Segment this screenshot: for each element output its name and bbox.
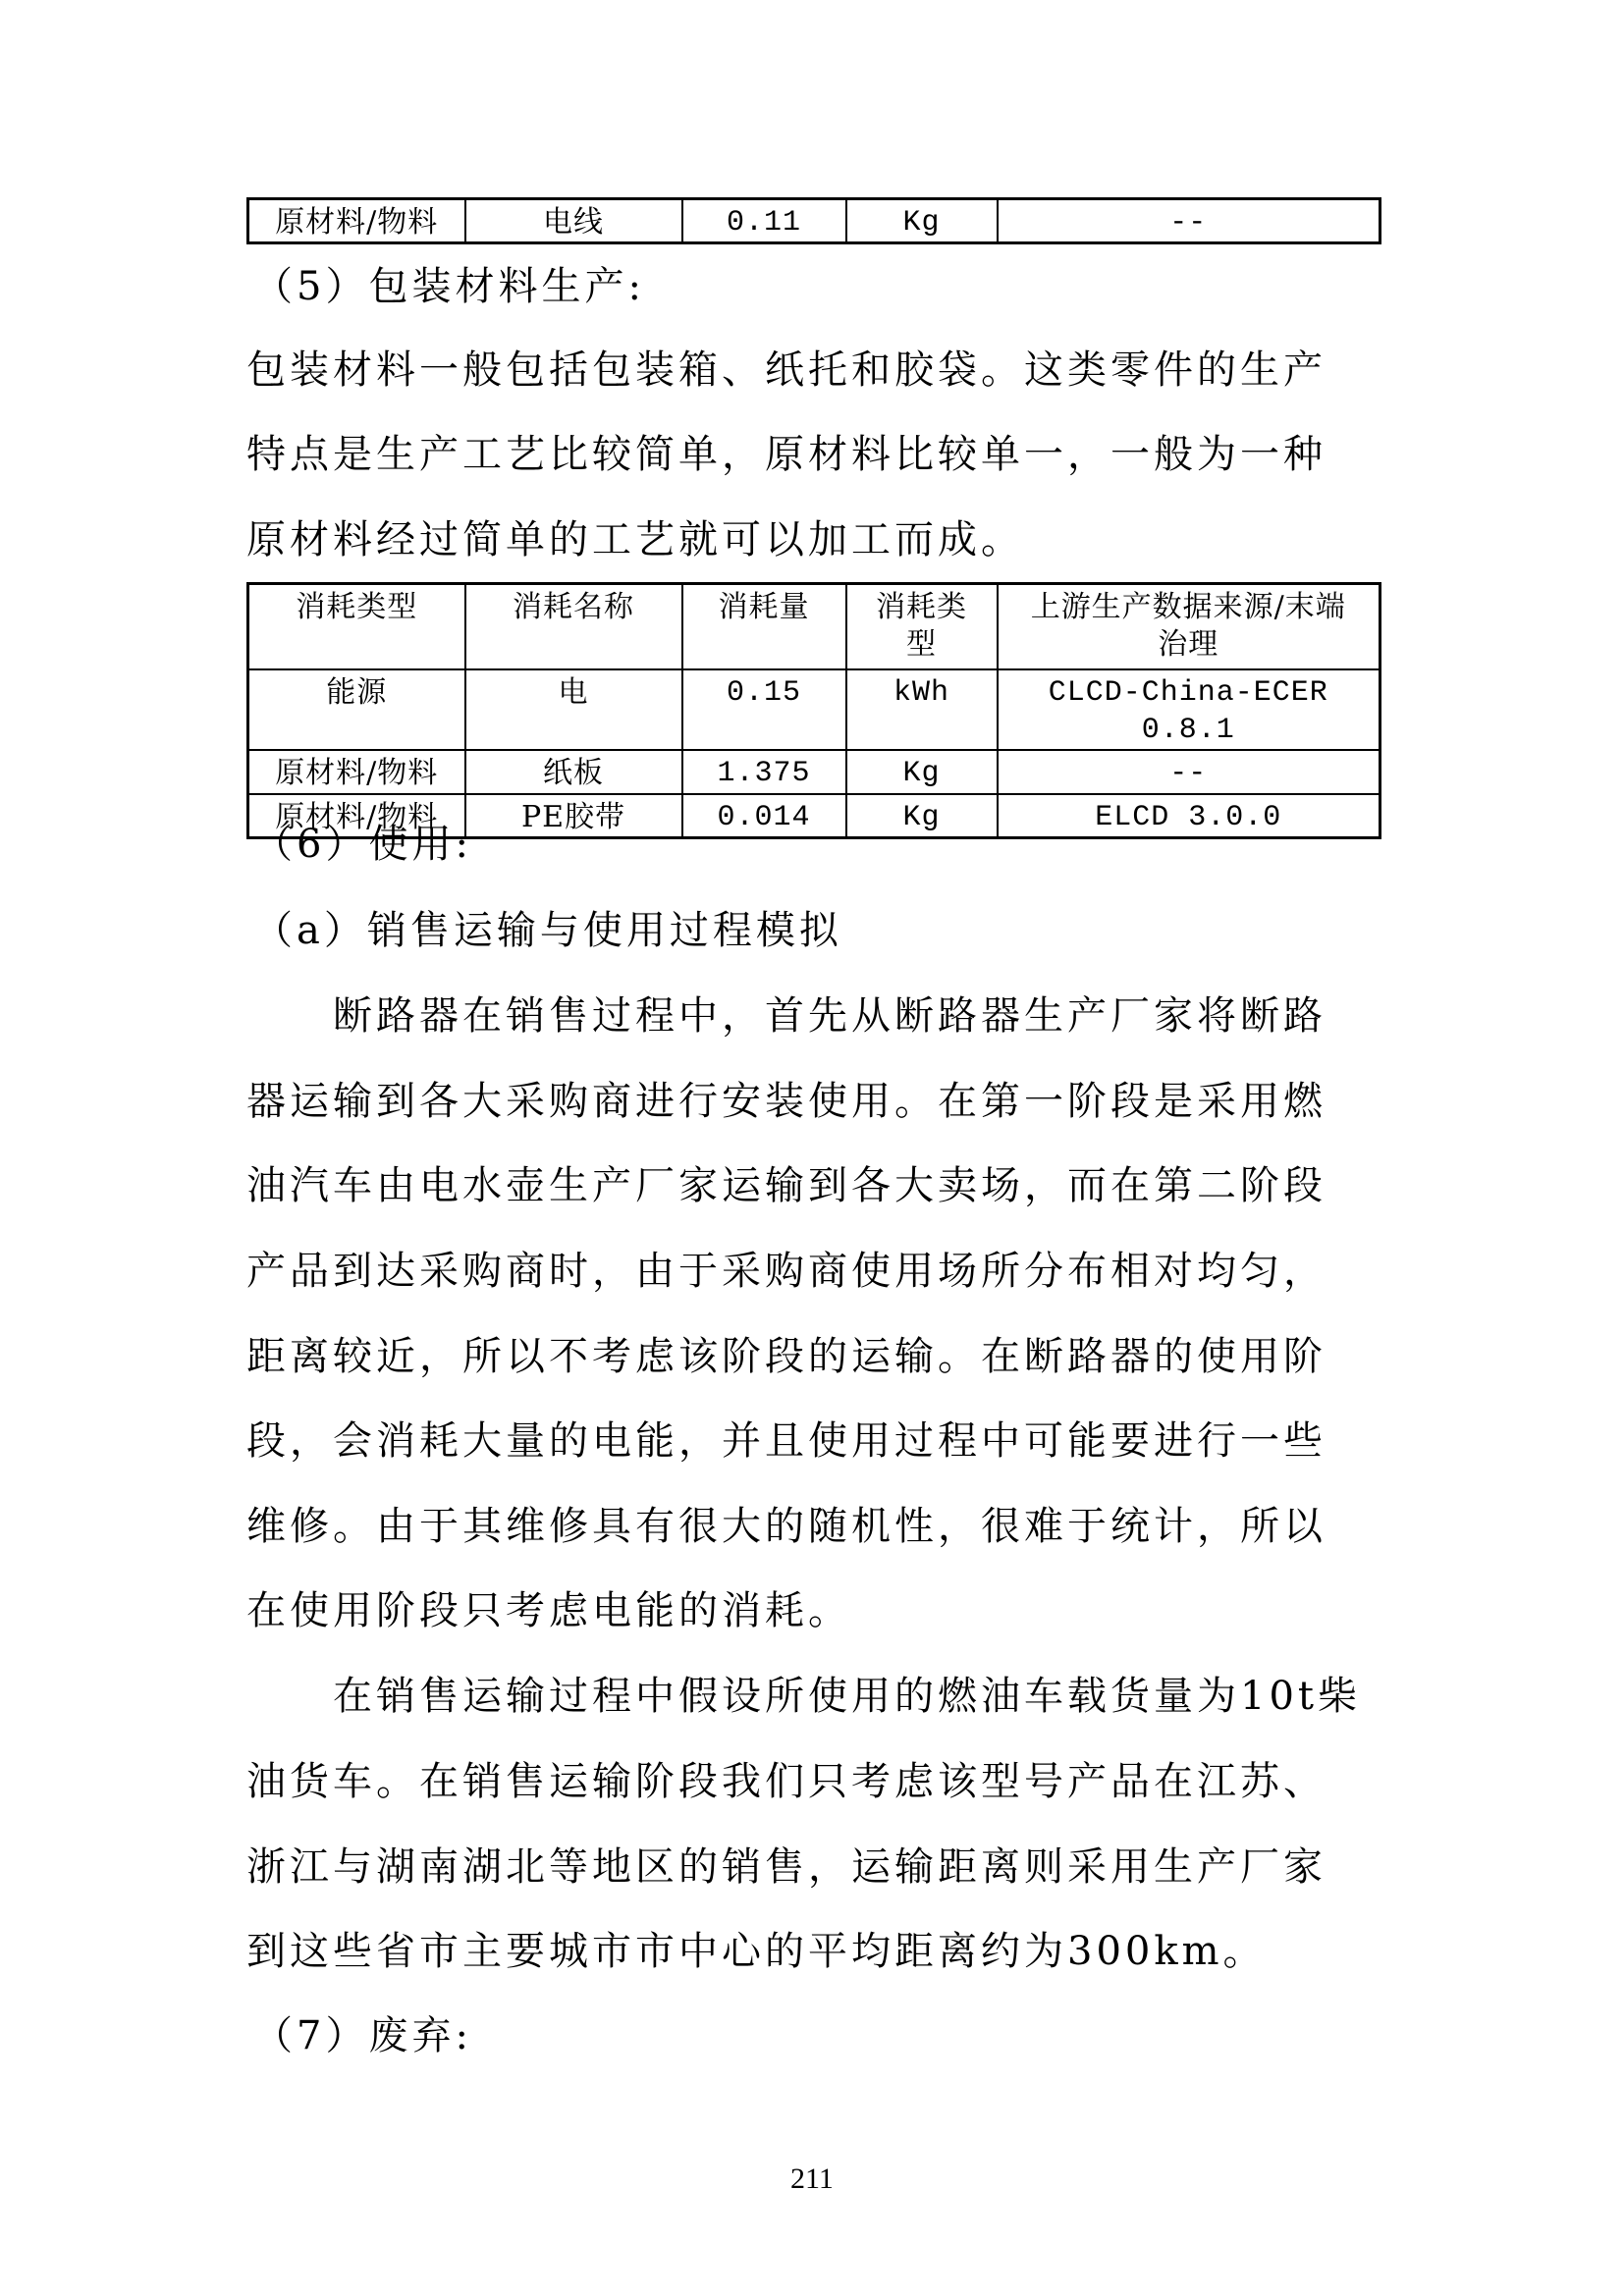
section-heading-6: （6）使用: (253, 821, 472, 868)
table-cell: kWh (846, 669, 998, 750)
table-cell: 0.014 (682, 794, 846, 838)
paragraph-line: 油货车。在销售运输阶段我们只考虑该型号产品在江苏、 (246, 1758, 1326, 1805)
table-cell: Kg (846, 794, 998, 838)
subsection-heading-a: （a）销售运输与使用过程模拟 (253, 907, 842, 954)
table-cell: -- (998, 750, 1380, 794)
table-cell: 电线 (465, 199, 682, 243)
packaging-consumption-table: 消耗类型 消耗名称 消耗量 消耗类 型 上游生产数据来源/末端 治理 能源 电 … (246, 582, 1381, 839)
paragraph-line: 在使用阶段只考虑电能的消耗。 (246, 1587, 851, 1634)
table-row: 原材料/物料 纸板 1.375 Kg -- (248, 750, 1380, 794)
paragraph-line: 断路器在销售过程中，首先从断路器生产厂家将断路 (333, 992, 1326, 1040)
table-cell: 纸板 (465, 750, 682, 794)
table-cell: CLCD-China-ECER 0.8.1 (998, 669, 1380, 750)
paragraph-line: 原材料经过简单的工艺就可以加工而成。 (246, 516, 1024, 563)
section-heading-7: （7）废弃: (253, 2012, 472, 2059)
table-cell: PE胶带 (465, 794, 682, 838)
table-header-cell: 消耗类 型 (846, 584, 998, 669)
table-cell: 1.375 (682, 750, 846, 794)
table-header-cell: 消耗类型 (248, 584, 465, 669)
paragraph-line: 到这些省市主要城市市中心的平均距离约为300km。 (246, 1928, 1267, 1975)
table-cell: 0.11 (682, 199, 846, 243)
paragraph-line: 段，会消耗大量的电能，并且使用过程中可能要进行一些 (246, 1417, 1326, 1465)
page-number: 211 (0, 2163, 1624, 2196)
paragraph-line: 浙江与湖南湖北等地区的销售，运输距离则采用生产厂家 (246, 1843, 1326, 1891)
paragraph-line: 油汽车由电水壶生产厂家运输到各大卖场，而在第二阶段 (246, 1162, 1326, 1209)
section-heading-5: （5）包装材料生产: (253, 263, 645, 310)
table-header-cell: 消耗量 (682, 584, 846, 669)
table-cell: 能源 (248, 669, 465, 750)
table-cell: 原材料/物料 (248, 199, 465, 243)
continued-consumption-table: 原材料/物料 电线 0.11 Kg -- (246, 197, 1381, 244)
table-cell: ELCD 3.0.0 (998, 794, 1380, 838)
table-header-cell: 消耗名称 (465, 584, 682, 669)
table-row: 能源 电 0.15 kWh CLCD-China-ECER 0.8.1 (248, 669, 1380, 750)
paragraph-line: 维修。由于其维修具有很大的随机性，很难于统计，所以 (246, 1503, 1326, 1550)
paragraph-line: 在销售运输过程中假设所使用的燃油车载货量为10t柴 (333, 1673, 1361, 1720)
table-row: 原材料/物料 电线 0.11 Kg -- (248, 199, 1380, 243)
table-header-row: 消耗类型 消耗名称 消耗量 消耗类 型 上游生产数据来源/末端 治理 (248, 584, 1380, 669)
document-page: 原材料/物料 电线 0.11 Kg -- （5）包装材料生产: 包装材料一般包括… (0, 0, 1624, 2296)
table-cell: 0.15 (682, 669, 846, 750)
table-cell: 原材料/物料 (248, 750, 465, 794)
paragraph-line: 特点是生产工艺比较简单，原材料比较单一，一般为一种 (246, 431, 1326, 478)
table-header-cell: 上游生产数据来源/末端 治理 (998, 584, 1380, 669)
paragraph-line: 距离较近，所以不考虑该阶段的运输。在断路器的使用阶 (246, 1333, 1326, 1380)
paragraph-line: 产品到达采购商时，由于采购商使用场所分布相对均匀， (246, 1248, 1326, 1295)
table-cell: Kg (846, 750, 998, 794)
paragraph-line: 包装材料一般包括包装箱、纸托和胶袋。这类零件的生产 (246, 347, 1326, 394)
table-cell: Kg (846, 199, 998, 243)
table-cell: -- (998, 199, 1380, 243)
table-cell: 电 (465, 669, 682, 750)
paragraph-line: 器运输到各大采购商进行安装使用。在第一阶段是采用燃 (246, 1078, 1326, 1125)
